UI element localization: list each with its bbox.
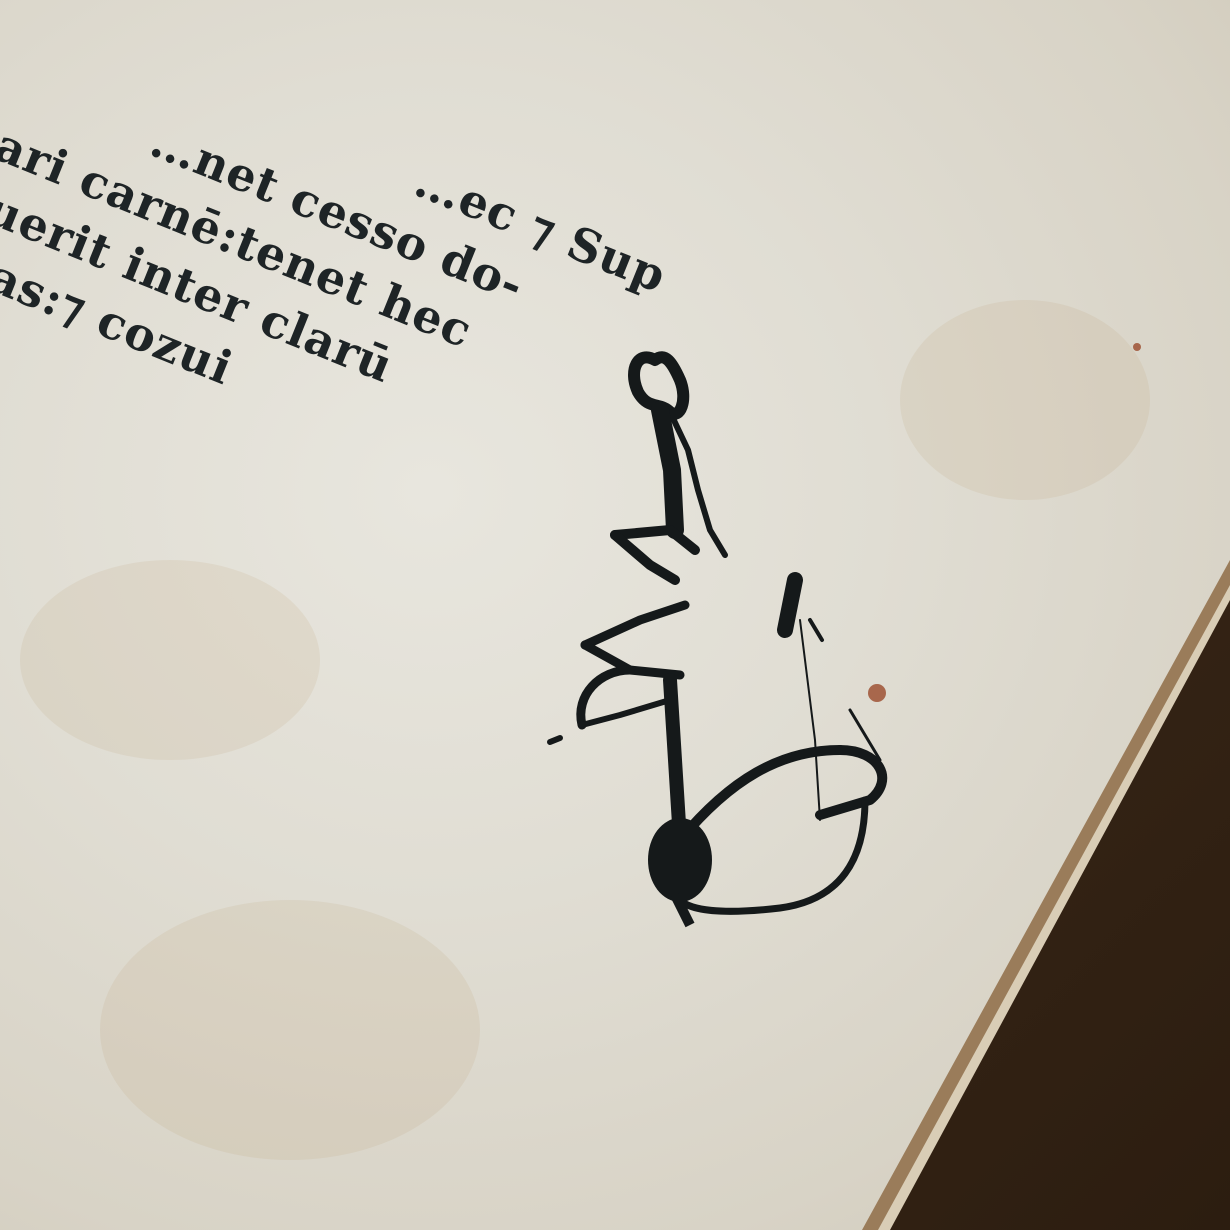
paper-stain (20, 560, 320, 760)
rust-spot (868, 684, 886, 702)
paper-stain (900, 300, 1150, 500)
pointing-hand-icon (520, 340, 900, 930)
photo-scene: …ec ⁊ Sup …net cesso do- …ari carnē:tene… (0, 0, 1230, 1230)
paper-stain (100, 900, 480, 1160)
rust-spot (1133, 343, 1141, 351)
